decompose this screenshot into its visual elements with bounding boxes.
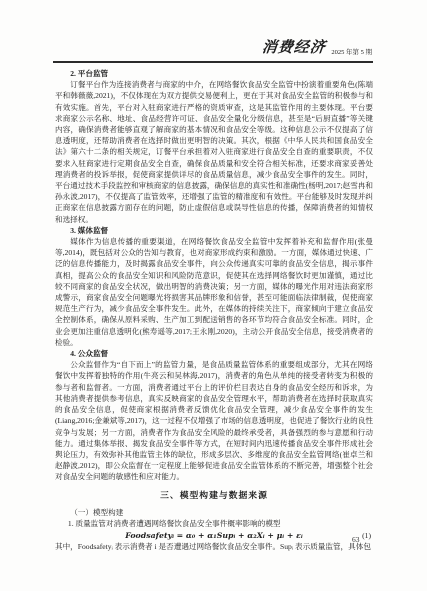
page-number: 63 xyxy=(352,535,360,544)
issue-label: 2025 年第 5 期 xyxy=(331,47,372,57)
paper-page: 消费经济 2025 年第 5 期 2. 平台监管 订餐平台作为连接消费者与商家的… xyxy=(0,0,427,591)
equation-number: (1) xyxy=(362,530,371,541)
subsection-heading-platform: 2. 平台监管 xyxy=(55,68,373,79)
equation-1: Foodsafetyᵢ = α₀ + α₁Supᵢ + α₂Xᵢ + μᵢ + … xyxy=(55,530,373,541)
header-rule xyxy=(53,61,373,63)
journal-name: 消费经济 xyxy=(261,36,327,57)
paragraph-media: 媒体作为信息传播的重要渠道，在网络餐饮食品安全监管中发挥着补充和监督作用(张曼等… xyxy=(55,236,373,348)
subsection-heading-media: 3. 媒体监督 xyxy=(55,225,373,236)
equation-expression: Foodsafetyᵢ = α₀ + α₁Supᵢ + α₂Xᵢ + μᵢ + … xyxy=(125,531,302,540)
subsection-heading-public: 4. 公众监督 xyxy=(55,348,373,359)
paragraph-platform: 订餐平台作为连接消费者与商家的中介，在网络餐饮食品安全监管中扮演着重要角色(陈端… xyxy=(55,79,373,225)
model-description: 1. 质量监管对消费者遭遇网络餐饮食品安全事件概率影响的模型 xyxy=(55,518,373,529)
paragraph-public: 公众监督作为“自下而上”的监管力量，是食品质量监管体系的重要组成部分，尤其在网络… xyxy=(55,359,373,482)
section-title: 三、模型构建与数据来源 xyxy=(55,483,373,507)
subsection-label-model: （一）模型构建 xyxy=(55,507,373,518)
paragraph-formula-explanation: 其中，Foodsafetyᵢ 表示消费者 i 是否遭遇过网络餐饮食品安全事件。S… xyxy=(55,541,373,552)
article-body: 2. 平台监管 订餐平台作为连接消费者与商家的中介，在网络餐饮食品安全监管中扮演… xyxy=(55,68,373,553)
page-header: 消费经济 2025 年第 5 期 xyxy=(262,36,372,57)
